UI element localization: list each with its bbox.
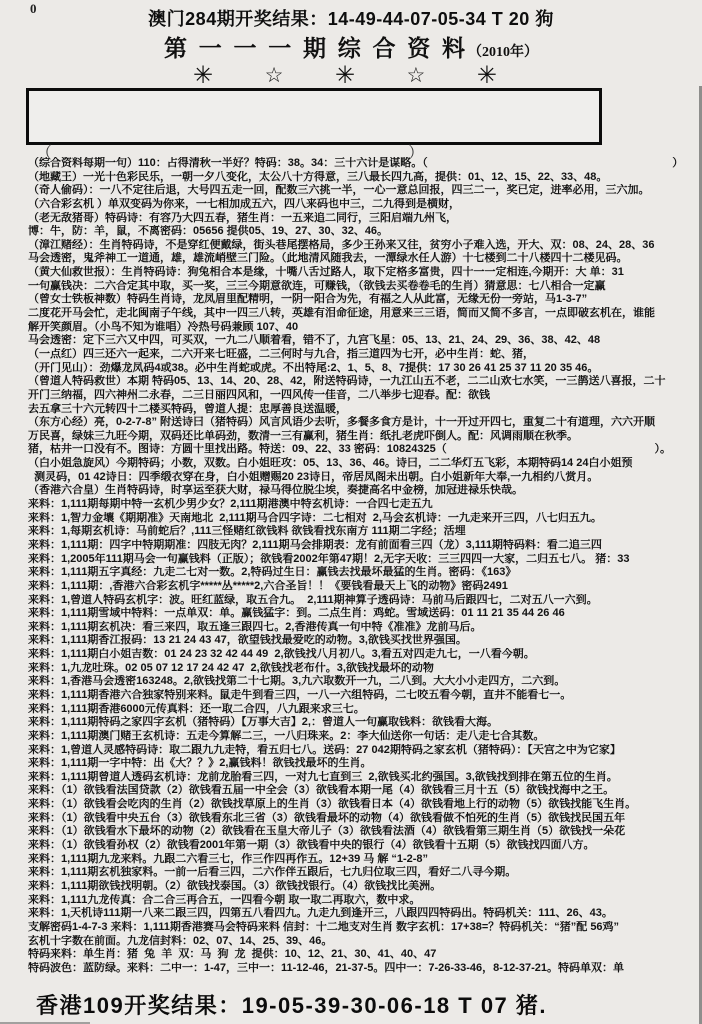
tips-text-line: 来料：（1）欲钱看会吃肉的生肖（2）欲钱找草原上的生肖（3）欲钱看日本（4）欲钱… — [28, 798, 696, 812]
tips-text-line: （六合彩玄机 ）单双变码为你来，一七相加成五六，四八来码也中三，二九得到是横财， — [28, 198, 696, 212]
tips-text-line: 万民喜，绿妹三九旺今期，双码还比单码劲，数清一三有赢利，猪生肖：纸扎老虎吓倒人。… — [28, 430, 696, 444]
tips-text-line: 来料：1,曾道人特码玄机字：波。旺红蓝绿，取五合九。 2,111期神算子透码诗：… — [28, 594, 696, 608]
tips-text-line: 来料：1,111期曾道人透码玄机诗：龙前龙胎看三四，一对九七直到三 2,欲钱买北… — [28, 771, 696, 785]
tips-text-line: 来料：1,111期一字中特：出《大？？》2,赢钱料！欲钱找最坏的生肖。 — [28, 757, 696, 771]
tips-text-line: 来料：（1）欲钱看孙权（2）欲钱看2001年第一期（3）欲钱看中央的银行（4）欲… — [28, 839, 696, 853]
star-icon: ☆ — [407, 63, 426, 88]
tips-text-line: 马会透密，鬼斧神工一道通，雄，雄流峭壁三门险。（此地清风随我去，一潭绿水任人游）… — [28, 252, 696, 266]
tips-text-line: 来料：1,111九龙传真：合二合三再合五，一四看今朝 取一取二再取六，数中求。 — [28, 894, 696, 908]
tips-text-line: 特码波色：蓝防绿。来料：二中一：1-47，三中一：11-12-46，21-37-… — [28, 962, 696, 976]
tips-text-line: 来料：（1）欲钱看水下最坏的动物（2）欲钱看在玉皇大帝儿子（3）欲钱看法酒（4）… — [28, 825, 696, 839]
macau-draw-result-header: 澳门284期开奖结果：14-49-44-07-05-34 T 20 狗 — [0, 5, 702, 31]
tips-text-line: （香港六合皇）生肖特码诗，时享运至获大财，禄马得位脱尘埃，奏捷高名中金榜，加冠进… — [28, 484, 696, 498]
star-icon: ☆ — [265, 63, 284, 88]
tips-text-line: 来料：1,111期澳门赌王玄机诗：五走今算解二三，一八归珠来。2：李大仙送你一句… — [28, 730, 696, 744]
tips-text-line: 来料：1,2005年111期马会一句赢钱料（正版）；欲钱看2002年第47期！2… — [28, 553, 696, 567]
tips-text-line: 来料：1,香港马会透密163248。2,欲钱找第二十七期。3,九六取数开一九，二… — [28, 675, 696, 689]
tips-text-line: （东方心经）亮，0-2-7-8” 附送诗曰（猪特码）风言风语少去听，多餐多食方是… — [28, 416, 696, 430]
tips-text-line: （白小姐急旋风）今期特码；小数，双数。白小姐旺攻：05、13、36、46。诗曰，… — [28, 457, 696, 471]
tips-text-line: （开门见山）：劲爆龙凤码4或38。必中生肖蛇或虎。不出特尾:2、1、5、8、7提… — [28, 362, 696, 376]
tips-text-line: 来料：1,111期五字真经：九走二七对一数。2,特码过生日：赢钱去找最坏最猛的生… — [28, 566, 696, 580]
page-title: 第 一 一 一 期 综 合 资 料（2010年） — [0, 30, 702, 63]
star-decoration-row: ✳☆✳☆✳ — [193, 61, 497, 89]
tips-text-line: （地藏王）一光十色彩民乐，一朝一夕八变化，太公八十方得意，三八最长四九高，提供：… — [28, 171, 696, 185]
tips-text-line: （一点红）四三还六一起来，二六开来七旺盛，二三何时与九合，指三道四为七开，必中生… — [28, 348, 696, 362]
blank-parenthesis-line: （ ） — [0, 140, 702, 157]
tips-text-line: 来料：1,每期玄机诗：马前蛇后？,111三怪赌红欲钱料 欲钱看找东南方 111期… — [28, 525, 696, 539]
tips-text-line: 来料：（1）欲钱看法国贷款（2）欲钱看五届一中全会（3）欲钱看本期一尾（4）欲钱… — [28, 784, 696, 798]
tips-text-line: （奇人偷码）：一八不定往后退，大号四五走一回，配数三六挑一半，一心一意总回报，四… — [28, 184, 696, 198]
star-icon: ✳ — [193, 61, 213, 90]
tips-text-line: 来料：1,111期特码之家四字玄机（猪特码）【万事大吉】2,：曾道人一句赢取钱料… — [28, 716, 696, 730]
scanned-lottery-sheet: 0 澳门284期开奖结果：14-49-44-07-05-34 T 20 狗 第 … — [0, 0, 702, 1024]
tips-text-line: （老无敌猪哥）特码诗：有容乃大四五春，猪生肖：一五来追二同行，三阳启端九州飞， — [28, 212, 696, 226]
tips-text-line: （曾女士铁板神数）特码生肖诗，龙凤眉里配精明，一阴一阳合为先，有福之人从此富，无… — [28, 293, 696, 307]
tips-text-line: 开门三纳福，四六神州二永春，二三日丽四风和，一四风传一佳音，二八举步七迎春。配：… — [28, 389, 696, 403]
tips-text-line: 来料：1,111期香港六合独家特别来料。鼠走牛到看三四，一八一六组特码，二七咬五… — [28, 689, 696, 703]
tips-text-line: 玄机十字数在前面。九龙信封料：02、07、14、25、39、46。 — [28, 935, 696, 949]
tips-text-line: 去五拿三十六元转四十二楼买特码，曾道人提：忠厚善良送温暖， — [28, 403, 696, 417]
tips-text-line: 来料：1,111期：四字中特期期准：四肢无肉？2,111期马会排期表：龙有前面看… — [28, 539, 696, 553]
tips-text-line: 来料：1,111期玄机独家料。一前一后看三四，二六作伴五跟后，七九归位取三四，看… — [28, 866, 696, 880]
tips-text-line: 特码来料：单生肖：猪 兔 羊 双：马 狗 龙 提供：10、12、21、30、41… — [28, 948, 696, 962]
tips-text-line: 一句赢钱决：二六合定其中取，买一奖，三三今期意欲连，可赚钱，（欲钱去买卷卷毛的生… — [28, 280, 696, 294]
tips-text-line: 马会透密：定下三六又中四，可买双，一九二八顺着看，错不了，九宫飞星：05、13、… — [28, 334, 696, 348]
tips-text-line: 来料：1,曾道人灵感特码诗：取二跟九九走特，看五归七八。送码：27 042期特码… — [28, 744, 696, 758]
tips-text-line: 解开笑颜眉。（小鸟不知为谁唱）冷热号码兼顾 107、40 — [28, 321, 696, 335]
hongkong-draw-result-footer: 香港109开奖结果：19-05-39-30-06-18 T 07 猪. — [36, 989, 547, 1020]
tips-text-line: （综合资料每期一句）110：占得清秋一半好？特码：38。34：三十六计是谋略。（… — [28, 157, 696, 171]
page-title-year: （2010年） — [468, 45, 538, 60]
star-icon: ✳ — [335, 61, 355, 90]
tips-text-line: 来料：1,111期玄机决：看三来四，取五逢三跟四七。2,香港传真一句中特《准准》… — [28, 621, 696, 635]
tips-text-line: 来料：1,111期香港6000元传真料：还一取二合四，八九跟来求三七。 — [28, 703, 696, 717]
tips-text-line: （黄大仙救世报）：生肖特码诗：狗兔相合本是缘，十嘴八舌过路人，取下定格多富贵，四… — [28, 266, 696, 280]
tips-text-line: 博：牛，防：羊，鼠，不离密码：05656 提供05、19、27、30、32、46… — [28, 225, 696, 239]
tips-text-line: 支解密码1-4-7-3 来料：1,111期香港赛马会特码来料 信封：十二地支对生… — [28, 921, 696, 935]
tips-text-line: 来料：1,天机诗111期一八来二跟三四，四第五八看四九。九走九到逢开三，八跟四四… — [28, 907, 696, 921]
tips-text-block: （综合资料每期一句）110：占得清秋一半好？特码：38。34：三十六计是谋略。（… — [28, 157, 696, 975]
star-icon: ✳ — [477, 61, 497, 90]
tips-text-line: 来料：1,111期九龙来料。九跟二六看三七，作三作四再作五。12+39 马 解 … — [28, 853, 696, 867]
tips-text-line: 来料：1,智力金壤《期期准》天南地北 2,111期马合四字诗：二七相对 2,马会… — [28, 512, 696, 526]
tips-text-line: 来料：1,九龙吐珠。02 05 07 12 17 24 42 47 2,欲钱找老… — [28, 662, 696, 676]
tips-text-line: 来料：1,111期欲钱找明朝。（2）欲钱找泰国。（3）欲钱找银行。（4）欲钱找比… — [28, 880, 696, 894]
blank-answer-box — [26, 88, 602, 145]
tips-text-line: 来料：1,111期白小姐吉数：01 24 23 32 42 44 49 2,欲钱… — [28, 648, 696, 662]
tips-text-line: （漳江赌经）：生肖特码诗，不是穿红便戴绿，街头巷尾摆格局，多少王孙来又往，贫穷小… — [28, 239, 696, 253]
tips-text-line: 二度花开马会忙，走北闽南子午线，其中一四三八转，英雄有泪命征途，用意来三三语，简… — [28, 307, 696, 321]
tips-text-line: 来料：1,111期雪域中特料：一点单双：单。赢钱猛字：到。二点生肖：鸡蛇。雪域送… — [28, 607, 696, 621]
tips-text-line: （曾道人特码救世）本期 特码05、13、14、20、28、42，附送特码诗，一九… — [28, 375, 696, 389]
tips-text-line: 猪，枯井一口没有不。图诗：方圆十里找出路。特送：09、22、33 密码：1082… — [28, 443, 696, 457]
tips-text-line: 测灵码，01 42诗日：四季缎衣穿在身，白小姐赠赐20 23诗日，帝居凤阁未出朝… — [28, 471, 696, 485]
tips-text-line: 来料：1,111期每期中特一玄机少男少女？2,111期港澳中特玄机诗：一合四七走… — [28, 498, 696, 512]
tips-text-line: 来料：1,111期香江报码：13 21 24 43 47，欲望钱找最爱吃的动物。… — [28, 634, 696, 648]
tips-text-line: 来料：（1）欲钱看中央五台（3）欲钱看东北三省（3）欲钱看最坏的动物（4）欲钱看… — [28, 812, 696, 826]
tips-text-line: 来料：1,111期：,香港六合彩玄机字*****丛*****2,六合圣旨！！《要… — [28, 580, 696, 594]
page-title-text: 第 一 一 一 期 综 合 资 料 — [164, 36, 468, 61]
